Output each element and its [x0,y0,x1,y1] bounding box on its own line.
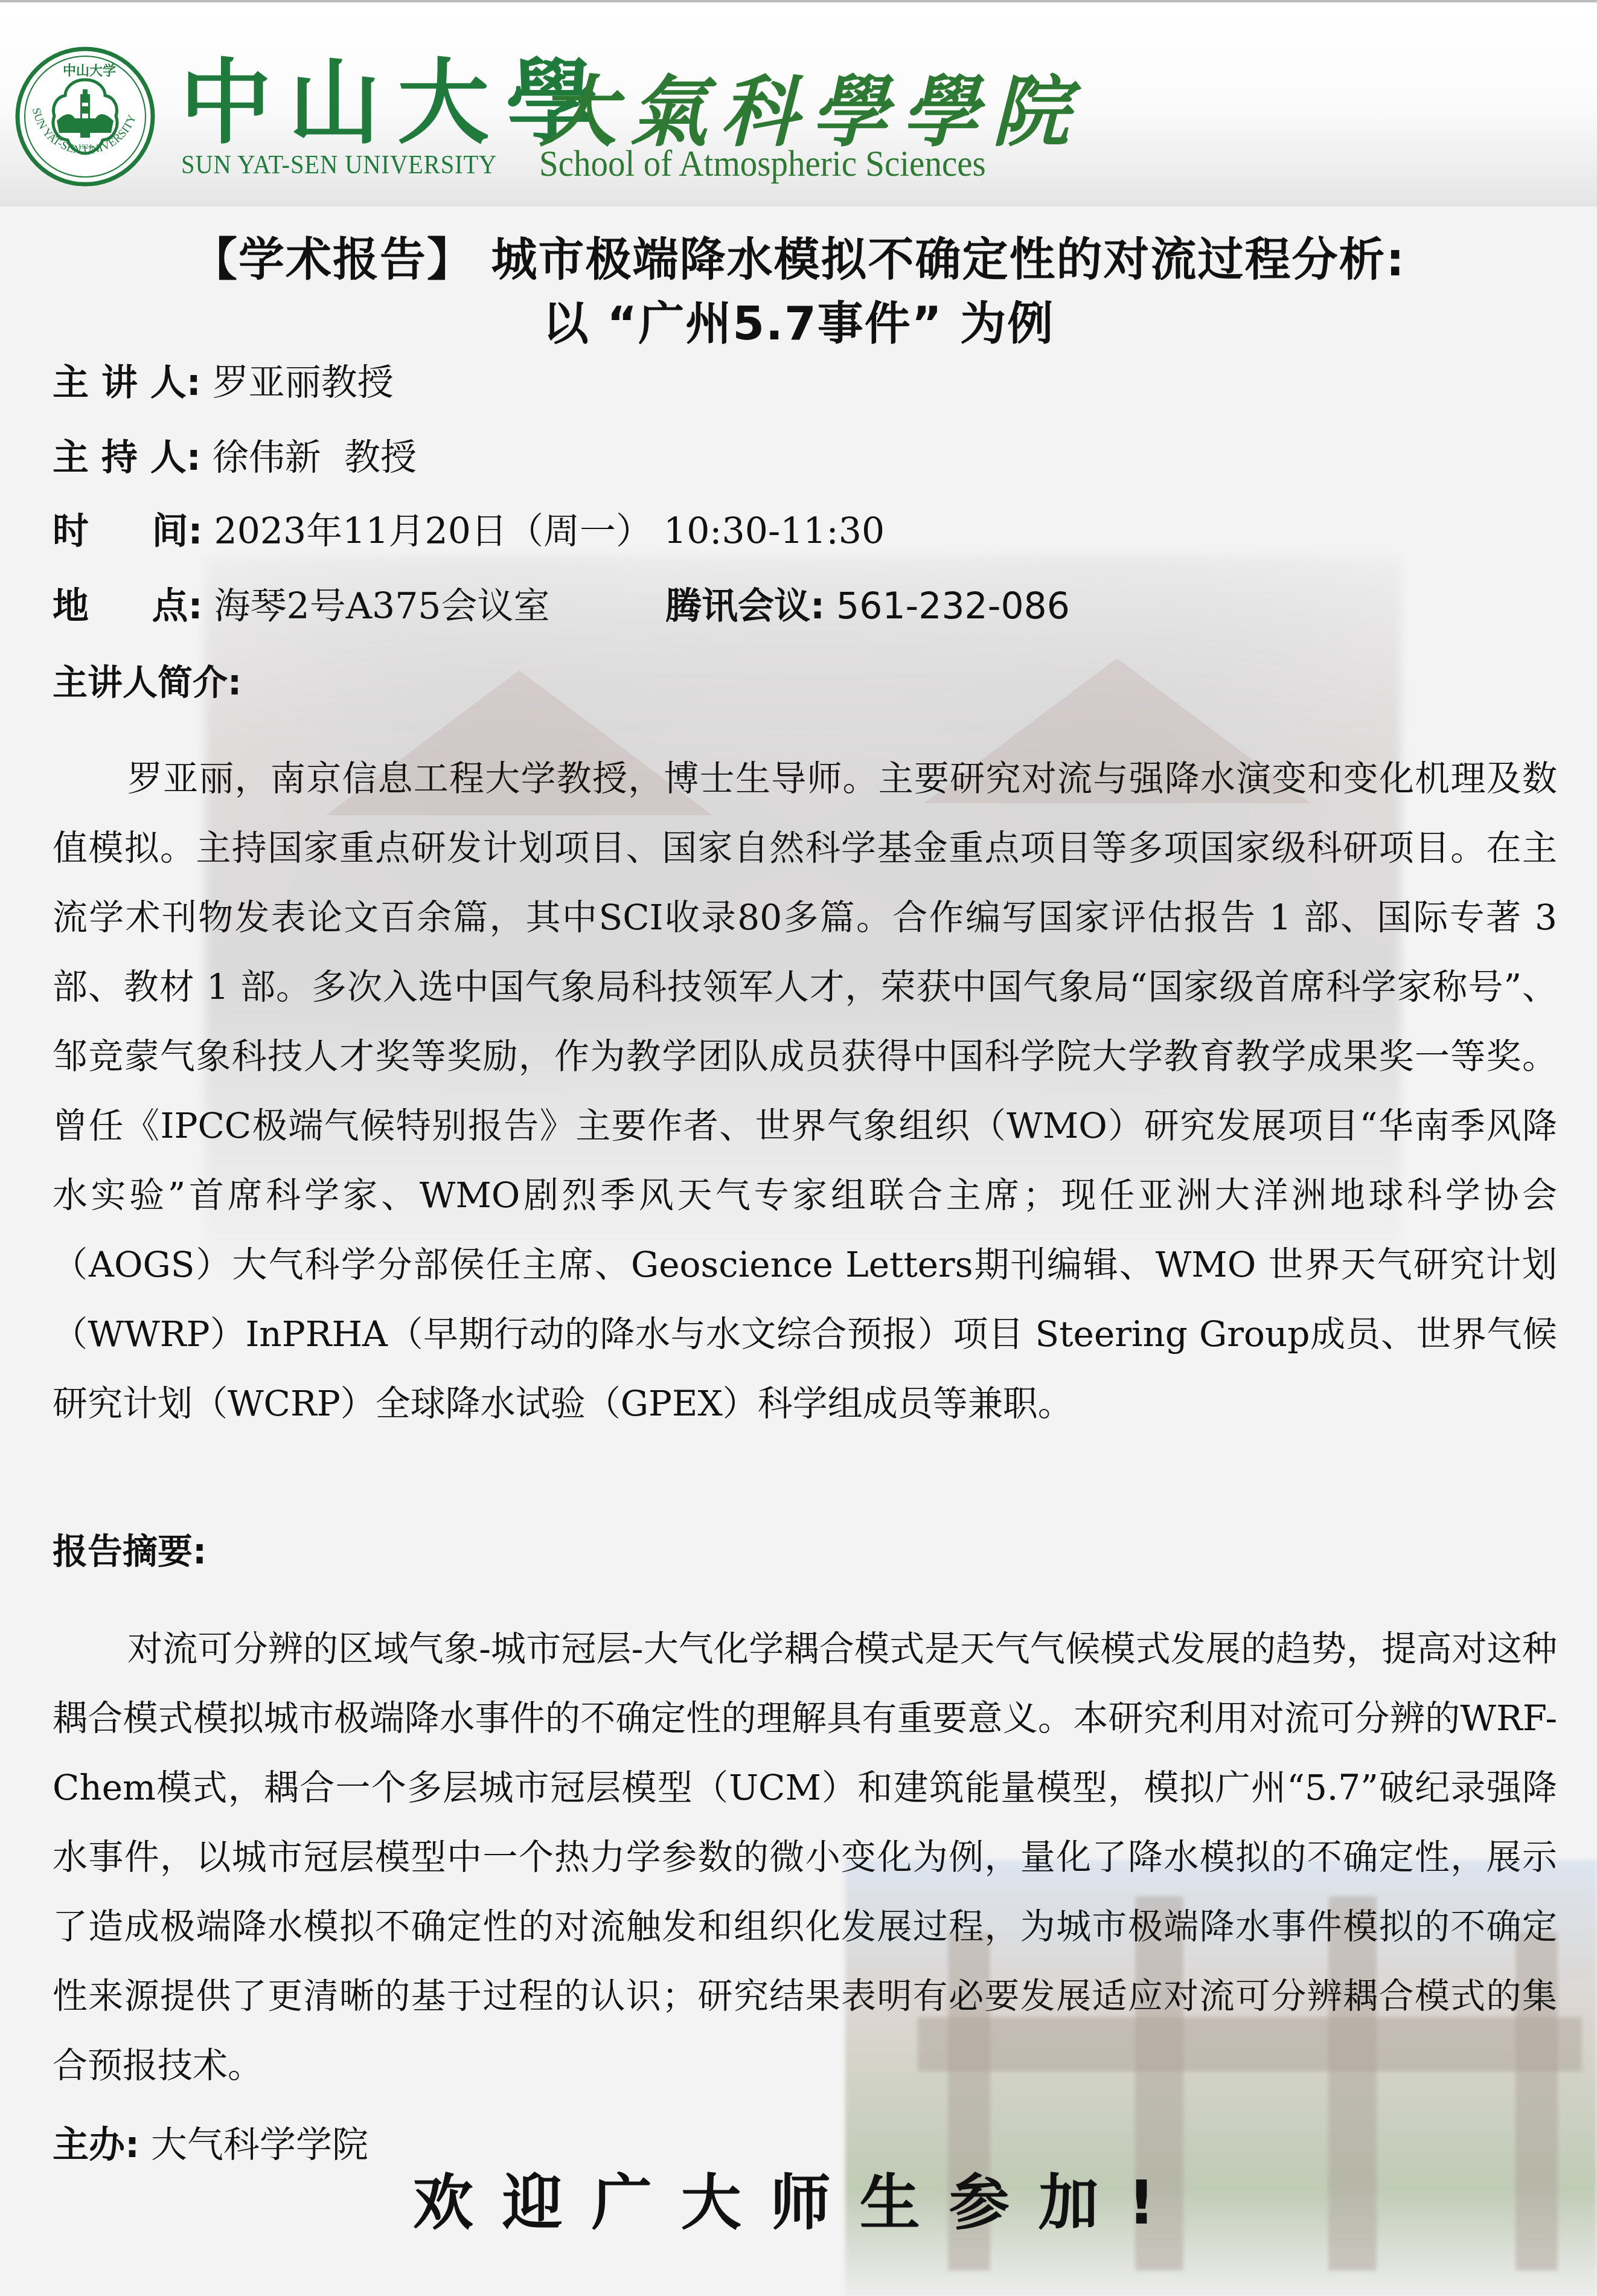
host-label: 主 持 人: [53,440,201,476]
speaker-row: 主 讲 人: 罗亚丽教授 [53,365,394,401]
report-title-line-1: 【学术报告】 城市极端降水模拟不确定性的对流过程分析: [0,237,1597,283]
sysu-seal-logo-icon: 1924 中山大学 SUN YAT-SEN UNIVERSITY [14,42,156,191]
svg-text:中山大学: 中山大学 [63,63,116,79]
place-label: 地 点: [53,588,202,624]
abstract-heading: 报告摘要: [53,1534,206,1569]
school-name-cn: 大氣科學學院 [539,74,1083,151]
place-row: 地 点: 海琴2号A375会议室 [53,588,550,624]
speaker-bio-heading: 主讲人简介: [53,665,242,700]
tencent-meeting-label: 腾讯会议: [665,588,825,624]
report-title-line-2: 以 “广州5.7事件” 为例 [0,301,1597,347]
organizer-label: 主办: [53,2127,139,2163]
tencent-meeting-row: 腾讯会议: 561-232-086 [665,588,1070,624]
tencent-meeting-id[interactable]: 561-232-086 [836,585,1070,627]
time-value: 2023年11月20日（周一） 10:30-11:30 [214,510,885,553]
welcome-message: 欢迎广大师生参加! [0,2173,1597,2233]
host-row: 主 持 人: 徐伟新 教授 [53,440,417,476]
organizer-row: 主办: 大气科学学院 [53,2127,368,2163]
host-value: 徐伟新 教授 [213,437,417,479]
place-value: 海琴2号A375会议室 [214,585,550,627]
speaker-bio-text: 罗亚丽，南京信息工程大学教授，博士生导师。主要研究对流与强降水演变和变化机理及数… [53,744,1557,1438]
time-row: 时 间: 2023年11月20日（周一） 10:30-11:30 [53,513,885,550]
speaker-label: 主 讲 人: [53,365,201,401]
school-name-en: School of Atmospheric Sciences [539,143,986,185]
abstract-text: 对流可分辨的区域气象-城市冠层-大气化学耦合模式是天气气候模式发展的趋势，提高对… [53,1614,1557,2100]
university-name-en: SUN YAT-SEN UNIVERSITY [181,149,497,180]
header-banner: 1924 中山大学 SUN YAT-SEN UNIVERSITY 中山大學 SU… [0,0,1597,207]
organizer-value: 大气科学学院 [151,2124,368,2166]
time-label: 时 间: [53,513,202,550]
speaker-value: 罗亚丽教授 [213,362,394,404]
